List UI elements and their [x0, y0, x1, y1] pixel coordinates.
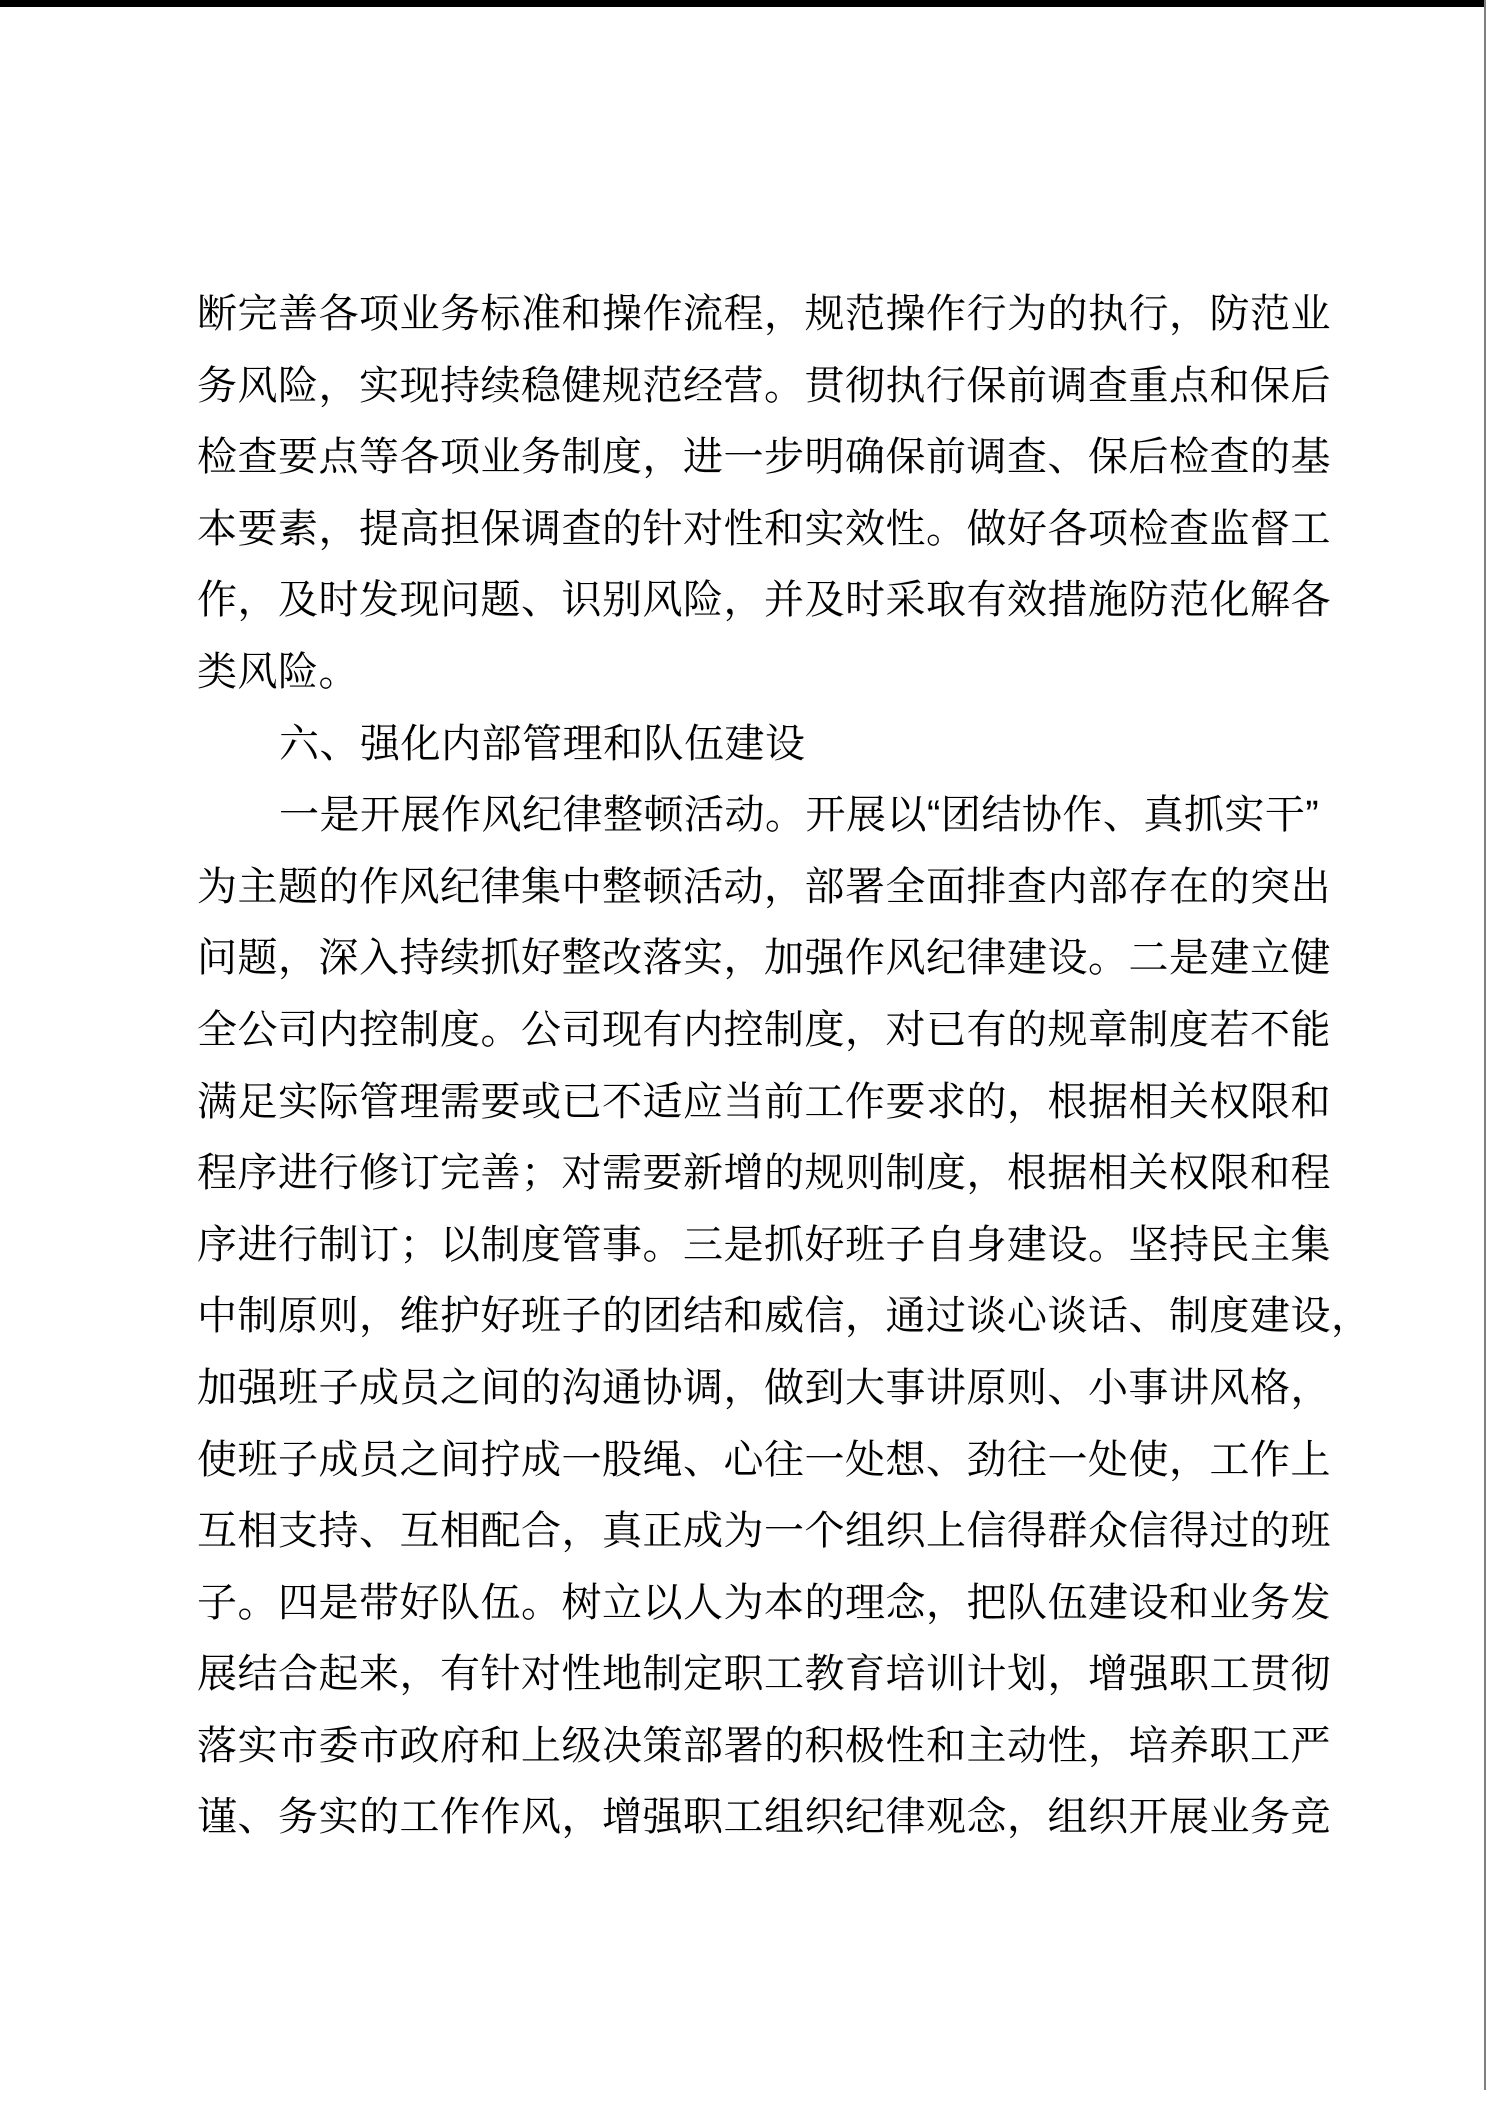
- text-line: 作，及时发现问题、识别风险，并及时采取有效措施防范化解各: [197, 565, 1319, 637]
- text-line: 六、强化内部管理和队伍建设: [197, 709, 1319, 781]
- text-line: 全公司内控制度。公司现有内控制度，对已有的规章制度若不能: [197, 995, 1319, 1067]
- text-line: 谨、务实的工作作风，增强职工组织纪律观念，组织开展业务竞: [197, 1782, 1319, 1854]
- text-line: 中制原则，维护好班子的团结和威信，通过谈心谈话、制度建设，: [197, 1281, 1319, 1353]
- document-page: 断完善各项业务标准和操作流程，规范操作行为的执行，防范业务风险，实现持续稳健规范…: [0, 0, 1488, 2104]
- text-line: 断完善各项业务标准和操作流程，规范操作行为的执行，防范业: [197, 279, 1319, 351]
- text-line: 类风险。: [197, 637, 1319, 709]
- text-line: 加强班子成员之间的沟通协调，做到大事讲原则、小事讲风格，: [197, 1353, 1319, 1425]
- text-line: 检查要点等各项业务制度，进一步明确保前调查、保后检查的基: [197, 422, 1319, 494]
- text-line: 本要素，提高担保调查的针对性和实效性。做好各项检查监督工: [197, 494, 1319, 566]
- text-line: 使班子成员之间拧成一股绳、心往一处想、劲往一处使，工作上: [197, 1425, 1319, 1497]
- text-line: 程序进行修订完善；对需要新增的规则制度，根据相关权限和程: [197, 1138, 1319, 1210]
- document-text: 断完善各项业务标准和操作流程，规范操作行为的执行，防范业务风险，实现持续稳健规范…: [197, 279, 1319, 1854]
- text-line: 子。四是带好队伍。树立以人为本的理念，把队伍建设和业务发: [197, 1568, 1319, 1640]
- text-line: 互相支持、互相配合，真正成为一个组织上信得群众信得过的班: [197, 1496, 1319, 1568]
- text-line: 为主题的作风纪律集中整顿活动，部署全面排查内部存在的突出: [197, 852, 1319, 924]
- text-line: 问题，深入持续抓好整改落实，加强作风纪律建设。二是建立健: [197, 923, 1319, 995]
- text-line: 一是开展作风纪律整顿活动。开展以“团结协作、真抓实干”: [197, 780, 1319, 852]
- text-line: 落实市委市政府和上级决策部署的积极性和主动性，培养职工严: [197, 1711, 1319, 1783]
- text-line: 展结合起来，有针对性地制定职工教育培训计划，增强职工贯彻: [197, 1639, 1319, 1711]
- top-edge-bar: [0, 0, 1486, 7]
- text-line: 满足实际管理需要或已不适应当前工作要求的，根据相关权限和: [197, 1067, 1319, 1139]
- right-edge-line: [1484, 0, 1486, 2090]
- text-line: 务风险，实现持续稳健规范经营。贯彻执行保前调查重点和保后: [197, 351, 1319, 423]
- text-line: 序进行制订；以制度管事。三是抓好班子自身建设。坚持民主集: [197, 1210, 1319, 1282]
